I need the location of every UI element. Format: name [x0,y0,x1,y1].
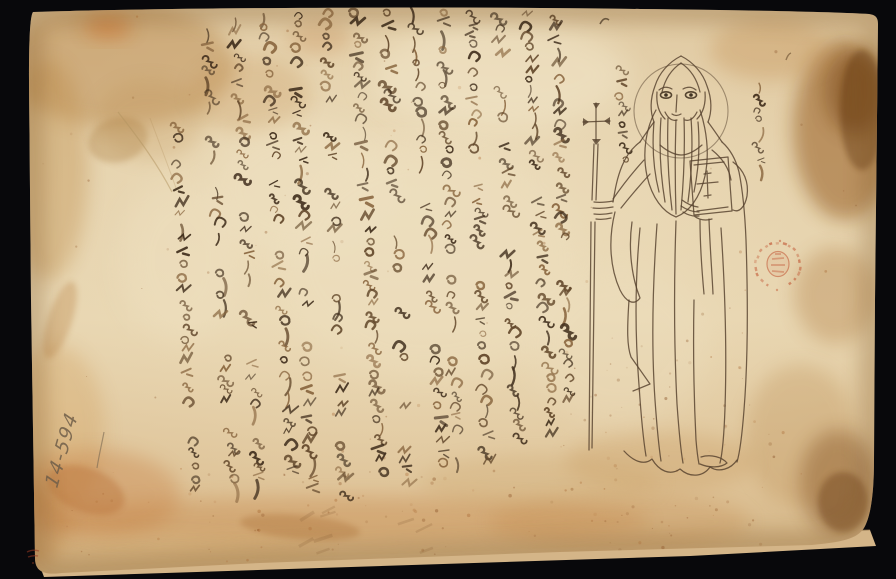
manuscript-photo: 14-594 [0,0,896,579]
manuscript-page-photo: 14-594 [0,0,896,579]
